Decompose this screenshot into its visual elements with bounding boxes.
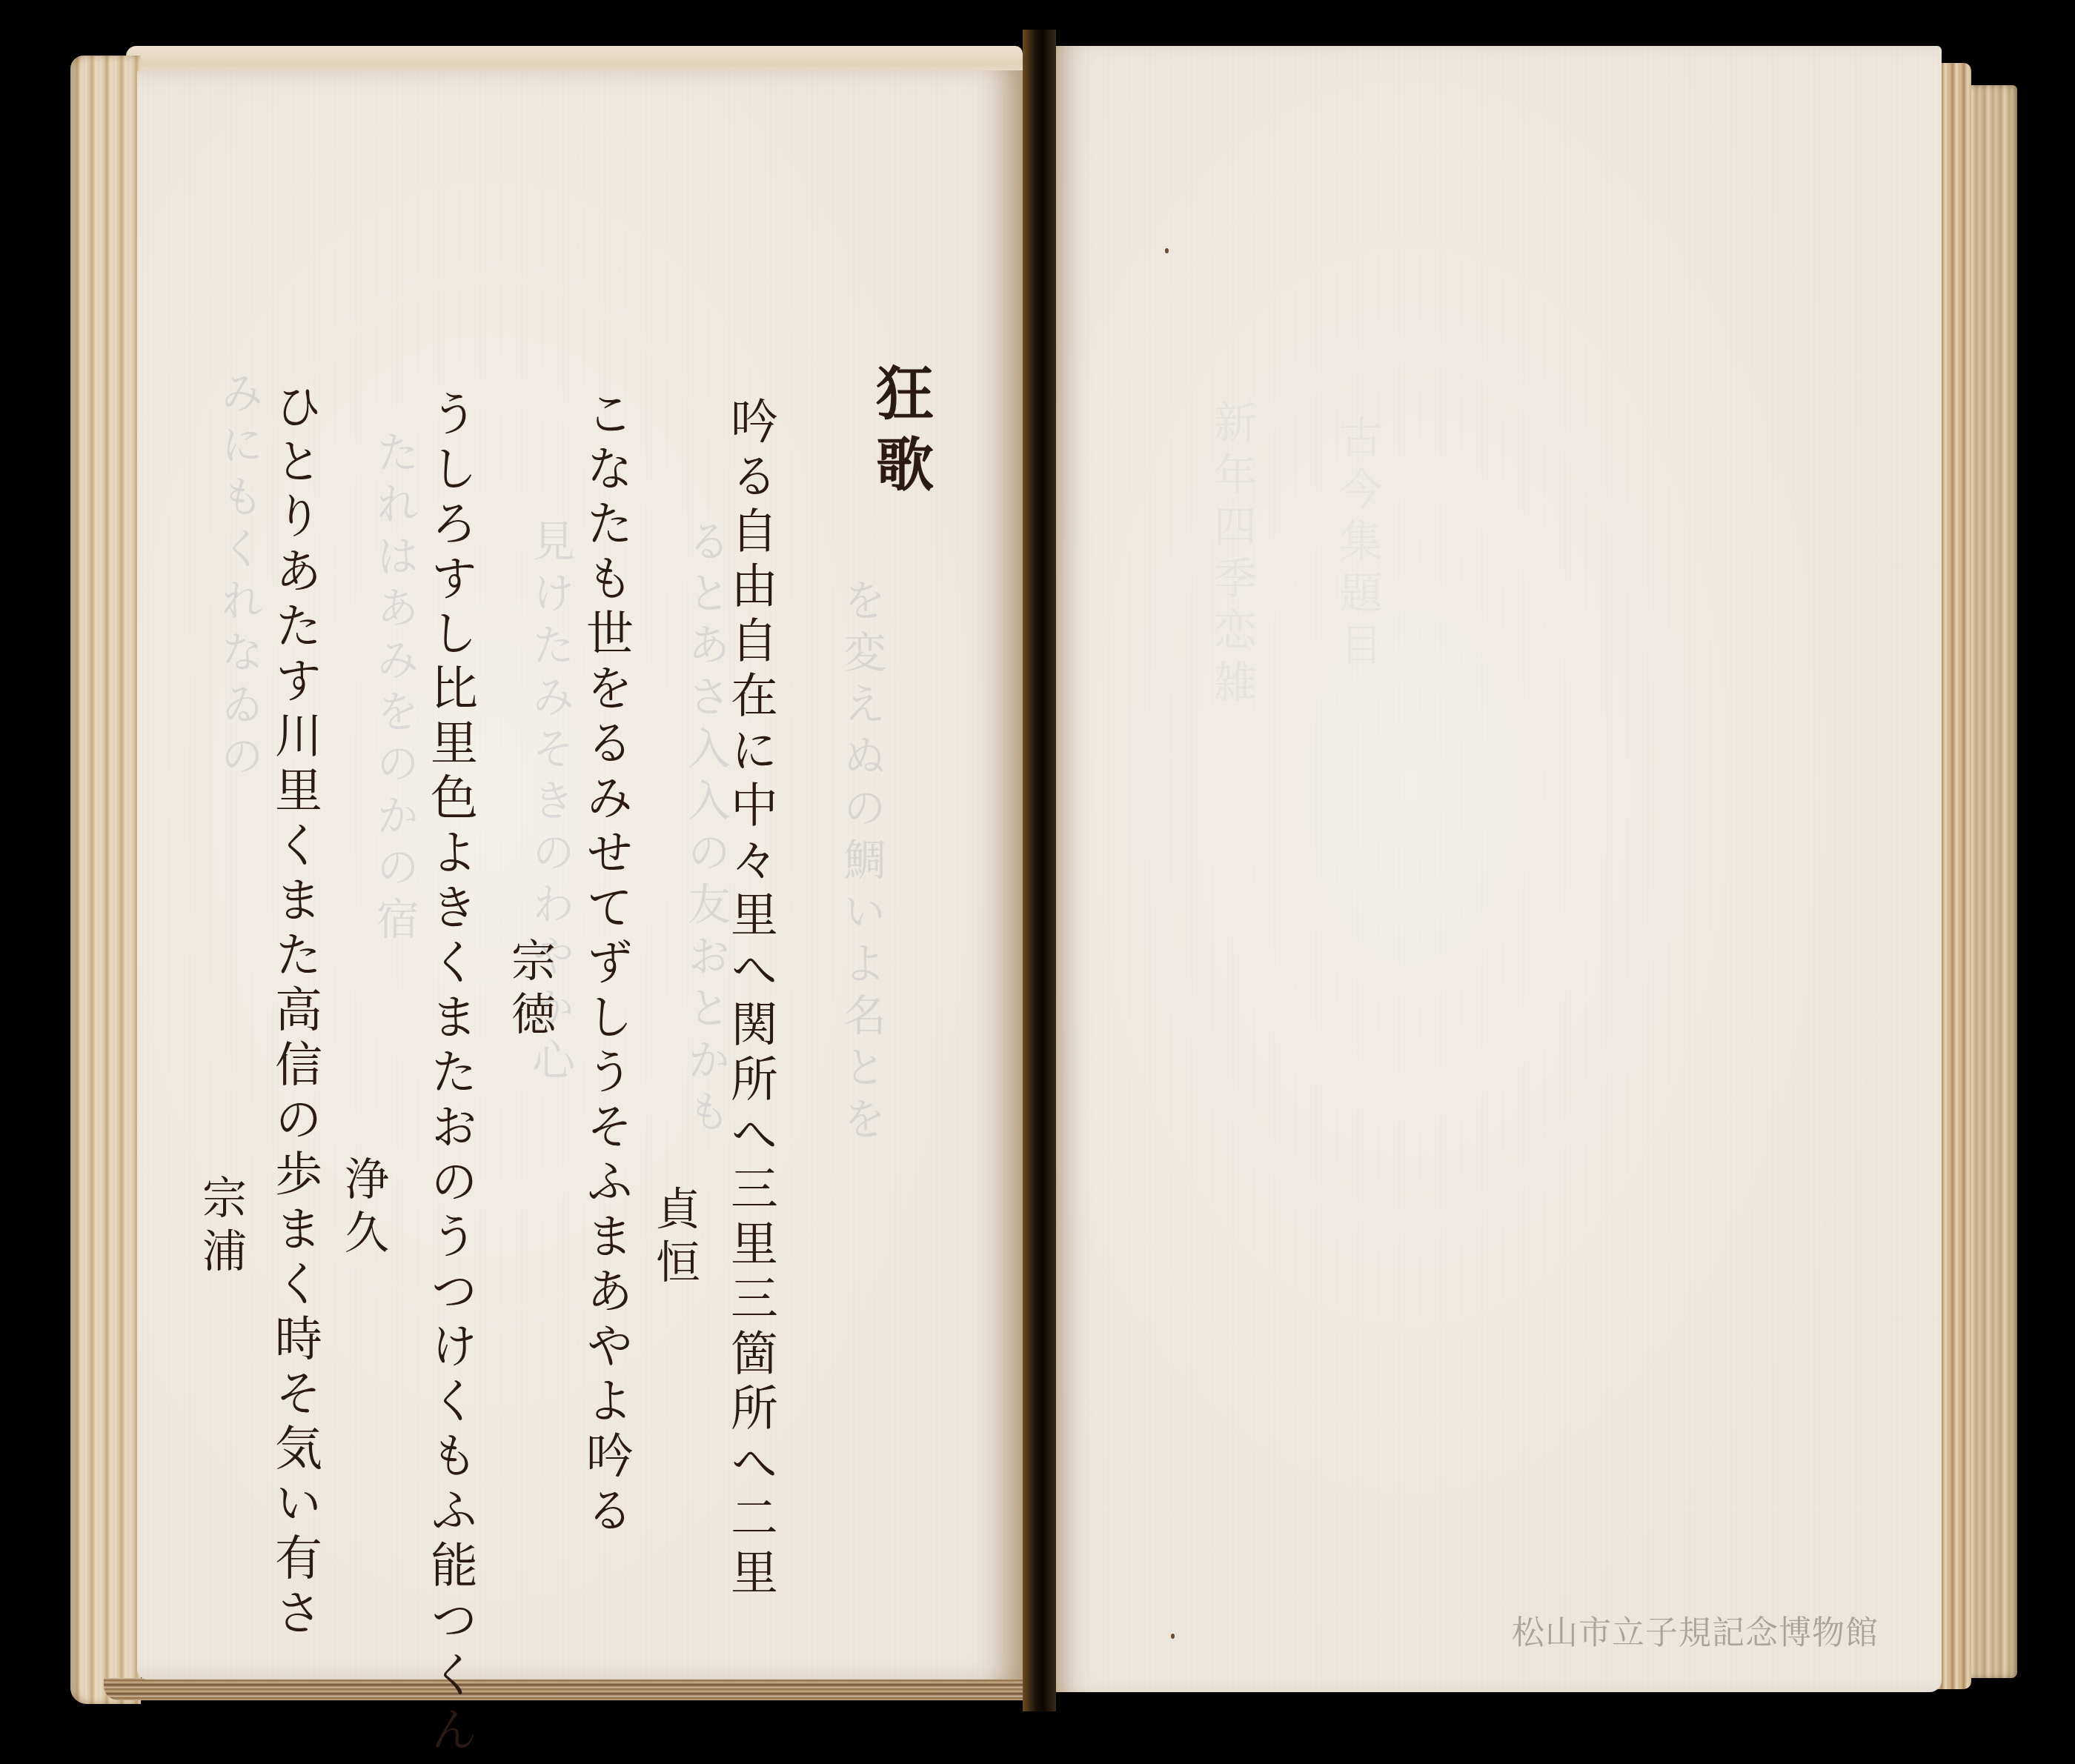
paper-speck (1165, 248, 1169, 253)
right-page (1056, 46, 1942, 1692)
book-gutter (1023, 30, 1056, 1711)
back-cover-edge (1964, 85, 2017, 1678)
poet-name: 宗浦 (199, 1174, 243, 1281)
bleed-through-text: みにもくれなゐの (207, 370, 270, 785)
poem-line: うしろすし比里色よきくまたおのうつけくもふ能つくん (426, 389, 474, 1760)
poet-name: 貞恒 (652, 1185, 697, 1292)
open-book: を変えぬの鯛いよ名とを るとあさ入入の友おとかも 見けたみそきのわやか心 たれは… (0, 0, 2075, 1764)
museum-watermark: 松山市立子規記念博物館 (1512, 1606, 1879, 1654)
page-block-left-edge (70, 56, 141, 1704)
poet-name: 宗徳 (508, 937, 552, 1044)
poet-name: 浄久 (341, 1156, 385, 1262)
poem-line: 吟る自由自在に中々里へ関所へ三里三箇所へ二里 (726, 396, 774, 1602)
page-block-bottom-edge (104, 1678, 1030, 1700)
bleed-through-text: を変えぬの鯛いよ名とを (830, 578, 892, 1148)
paper-speck (1171, 1634, 1175, 1639)
section-title: 狂歌 (871, 363, 929, 505)
bleed-through-text: 古今集題目 (1327, 415, 1389, 674)
bleed-through-text: 新年四季恋雑 (1201, 400, 1263, 711)
bleed-through-text: たれはあみをのかの宿 (363, 430, 425, 948)
page-block-right-edge (1938, 63, 1971, 1689)
poem-line: こなたも世をるみせてずしうそふまあやよ吟る (582, 389, 629, 1540)
poem-line: ひとりあたす川里くまた高信の歩まく時そ気い有さ (270, 382, 318, 1642)
